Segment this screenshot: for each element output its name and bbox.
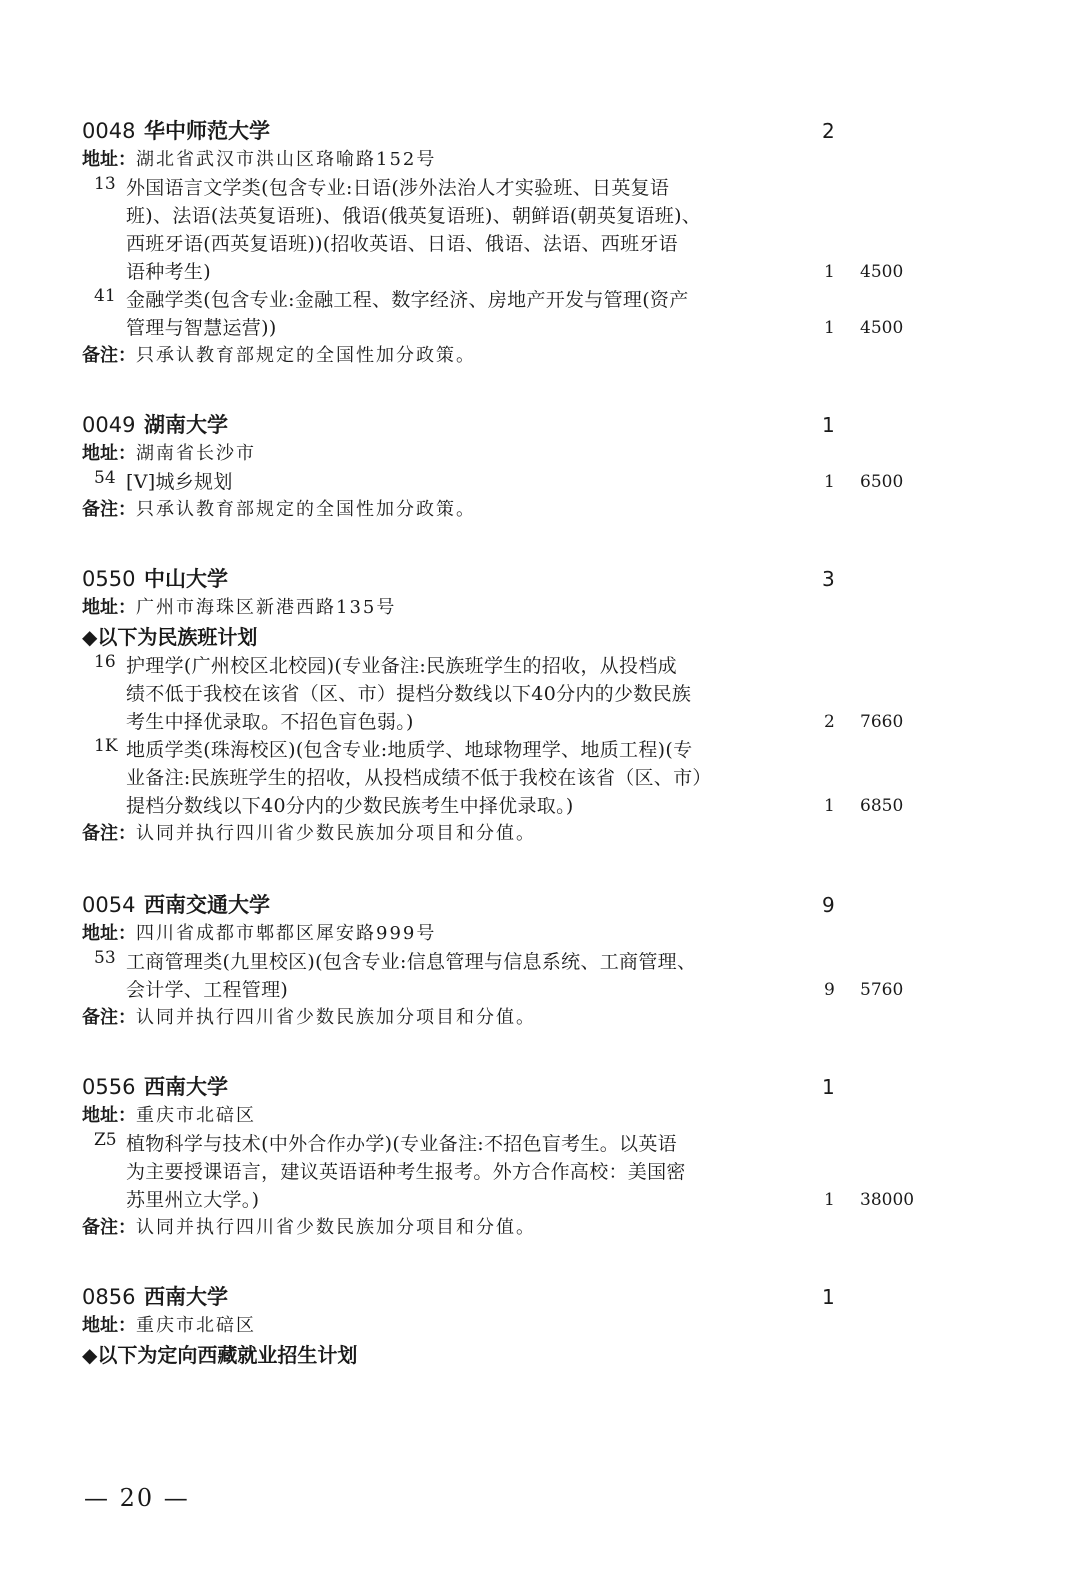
address-value: 四川省成都市郫都区犀安路999号 xyxy=(136,923,436,944)
school-entry-0048: 0048华中师范大学 2 地址：湖北省武汉市洪山区珞喻路152号 13 外国语言… xyxy=(82,116,942,370)
school-code: 0049 xyxy=(82,410,144,440)
school-name: 湖南大学 xyxy=(144,413,228,437)
note-value: 认同并执行四川省少数民族加分项目和分值。 xyxy=(136,823,536,844)
school-entry-0556: 0556西南大学 1 地址：重庆市北碚区 Z5 植物科学与技术(中外合作办学)(… xyxy=(82,1072,942,1242)
major-description: 护理学(广州校区北校园)(专业备注:民族班学生的招收，从投档成 绩不低于我校在该… xyxy=(126,652,766,736)
school-note: 备注：只承认教育部规定的全国性加分政策。 xyxy=(82,342,942,370)
school-header: 0049湖南大学 1 xyxy=(82,410,942,440)
school-code: 0054 xyxy=(82,890,144,920)
address-value: 广州市海珠区新港西路135号 xyxy=(136,597,396,618)
school-total-quota: 9 xyxy=(822,890,835,920)
note-value: 只承认教育部规定的全国性加分政策。 xyxy=(136,499,476,520)
major-row: 53 工商管理类(九里校区)(包含专业:信息管理与信息系统、工商管理、 会计学、… xyxy=(82,948,942,1004)
address-label: 地址： xyxy=(82,149,136,170)
school-name: 西南大学 xyxy=(144,1075,228,1099)
address-value: 湖南省长沙市 xyxy=(136,443,256,464)
major-count: 9 xyxy=(824,976,835,1004)
school-address: 地址：四川省成都市郫都区犀安路999号 xyxy=(82,920,942,948)
major-description: 工商管理类(九里校区)(包含专业:信息管理与信息系统、工商管理、 会计学、工程管… xyxy=(126,948,766,1004)
plan-heading: ◆以下为民族班计划 xyxy=(82,622,942,652)
major-fee: 7660 xyxy=(860,708,903,736)
major-row: 41 金融学类(包含专业:金融工程、数字经济、房地产开发与管理(资产 管理与智慧… xyxy=(82,286,942,342)
address-label: 地址： xyxy=(82,923,136,944)
school-note: 备注：认同并执行四川省少数民族加分项目和分值。 xyxy=(82,820,942,848)
major-fee: 4500 xyxy=(860,314,903,342)
major-code: 53 xyxy=(94,948,130,968)
major-description: 植物科学与技术(中外合作办学)(专业备注:不招色盲考生。以英语 为主要授课语言，… xyxy=(126,1130,766,1214)
major-code: 54 xyxy=(94,468,130,488)
major-fee: 6500 xyxy=(860,468,903,496)
school-total-quota: 1 xyxy=(822,410,835,440)
school-entry-0550: 0550中山大学 3 地址：广州市海珠区新港西路135号 ◆以下为民族班计划 1… xyxy=(82,564,942,848)
address-label: 地址： xyxy=(82,1315,136,1336)
major-code: 16 xyxy=(94,652,130,672)
school-note: 备注：只承认教育部规定的全国性加分政策。 xyxy=(82,496,942,524)
school-code: 0048 xyxy=(82,116,144,146)
major-row: 16 护理学(广州校区北校园)(专业备注:民族班学生的招收，从投档成 绩不低于我… xyxy=(82,652,942,736)
school-code: 0556 xyxy=(82,1072,144,1102)
school-entry-0049: 0049湖南大学 1 地址：湖南省长沙市 54 [Ⅴ]城乡规划 1 6500 备… xyxy=(82,410,942,524)
major-row: 54 [Ⅴ]城乡规划 1 6500 xyxy=(82,468,942,496)
note-label: 备注： xyxy=(82,345,136,366)
school-total-quota: 1 xyxy=(822,1072,835,1102)
school-address: 地址：广州市海珠区新港西路135号 xyxy=(82,594,942,622)
address-value: 湖北省武汉市洪山区珞喻路152号 xyxy=(136,149,436,170)
note-value: 认同并执行四川省少数民族加分项目和分值。 xyxy=(136,1217,536,1238)
major-row: 1K 地质学类(珠海校区)(包含专业:地质学、地球物理学、地质工程)(专 业备注… xyxy=(82,736,942,820)
address-label: 地址： xyxy=(82,597,136,618)
major-row: Z5 植物科学与技术(中外合作办学)(专业备注:不招色盲考生。以英语 为主要授课… xyxy=(82,1130,942,1214)
school-code: 0550 xyxy=(82,564,144,594)
major-description: 外国语言文学类(包含专业:日语(涉外法治人才实验班、日英复语 班)、法语(法英复… xyxy=(126,174,766,286)
note-label: 备注： xyxy=(82,1007,136,1028)
school-code: 0856 xyxy=(82,1282,144,1312)
major-fee: 5760 xyxy=(860,976,903,1004)
school-header: 0048华中师范大学 2 xyxy=(82,116,942,146)
address-label: 地址： xyxy=(82,443,136,464)
school-total-quota: 2 xyxy=(822,116,835,146)
major-fee: 38000 xyxy=(860,1186,914,1214)
school-header: 0856西南大学 1 xyxy=(82,1282,942,1312)
major-fee: 4500 xyxy=(860,258,903,286)
address-value: 重庆市北碚区 xyxy=(136,1105,256,1126)
major-fee: 6850 xyxy=(860,792,903,820)
document-page: 0048华中师范大学 2 地址：湖北省武汉市洪山区珞喻路152号 13 外国语言… xyxy=(0,0,1080,1587)
school-address: 地址：重庆市北碚区 xyxy=(82,1102,942,1130)
major-count: 1 xyxy=(824,258,835,286)
major-code: 13 xyxy=(94,174,130,194)
school-header: 0054西南交通大学 9 xyxy=(82,890,942,920)
note-value: 只承认教育部规定的全国性加分政策。 xyxy=(136,345,476,366)
page-number: — 20 — xyxy=(84,1484,190,1512)
major-description: [Ⅴ]城乡规划 xyxy=(126,468,766,496)
major-description: 金融学类(包含专业:金融工程、数字经济、房地产开发与管理(资产 管理与智慧运营)… xyxy=(126,286,766,342)
note-label: 备注： xyxy=(82,499,136,520)
school-entry-0054: 0054西南交通大学 9 地址：四川省成都市郫都区犀安路999号 53 工商管理… xyxy=(82,890,942,1032)
major-code: 41 xyxy=(94,286,130,306)
major-count: 1 xyxy=(824,1186,835,1214)
address-label: 地址： xyxy=(82,1105,136,1126)
major-count: 1 xyxy=(824,468,835,496)
major-count: 1 xyxy=(824,314,835,342)
major-count: 1 xyxy=(824,792,835,820)
major-row: 13 外国语言文学类(包含专业:日语(涉外法治人才实验班、日英复语 班)、法语(… xyxy=(82,174,942,286)
major-description: 地质学类(珠海校区)(包含专业:地质学、地球物理学、地质工程)(专 业备注:民族… xyxy=(126,736,766,820)
note-label: 备注： xyxy=(82,823,136,844)
school-header: 0556西南大学 1 xyxy=(82,1072,942,1102)
school-name: 华中师范大学 xyxy=(144,119,270,143)
major-count: 2 xyxy=(824,708,835,736)
school-address: 地址：湖北省武汉市洪山区珞喻路152号 xyxy=(82,146,942,174)
school-address: 地址：湖南省长沙市 xyxy=(82,440,942,468)
school-total-quota: 3 xyxy=(822,564,835,594)
major-code: 1K xyxy=(94,736,130,756)
address-value: 重庆市北碚区 xyxy=(136,1315,256,1336)
plan-heading: ◆以下为定向西藏就业招生计划 xyxy=(82,1340,942,1370)
major-code: Z5 xyxy=(94,1130,130,1150)
school-note: 备注：认同并执行四川省少数民族加分项目和分值。 xyxy=(82,1004,942,1032)
school-name: 中山大学 xyxy=(144,567,228,591)
note-value: 认同并执行四川省少数民族加分项目和分值。 xyxy=(136,1007,536,1028)
school-name: 西南大学 xyxy=(144,1285,228,1309)
school-address: 地址：重庆市北碚区 xyxy=(82,1312,942,1340)
note-label: 备注： xyxy=(82,1217,136,1238)
school-note: 备注：认同并执行四川省少数民族加分项目和分值。 xyxy=(82,1214,942,1242)
school-name: 西南交通大学 xyxy=(144,893,270,917)
school-total-quota: 1 xyxy=(822,1282,835,1312)
school-header: 0550中山大学 3 xyxy=(82,564,942,594)
school-entry-0856: 0856西南大学 1 地址：重庆市北碚区 ◆以下为定向西藏就业招生计划 xyxy=(82,1282,942,1370)
